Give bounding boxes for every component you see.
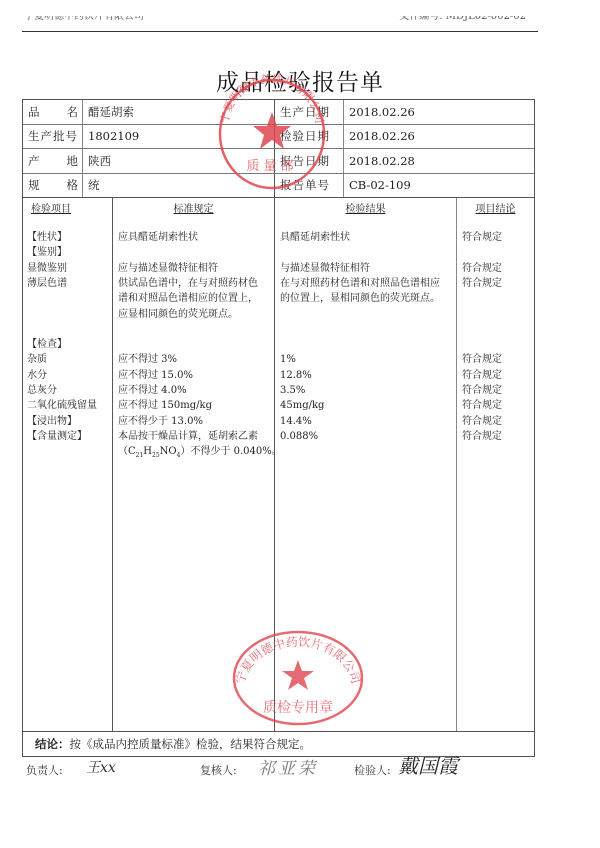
result-text: 0.088% [280,431,318,443]
standard-text: 谱和对照品色谱相应的位置上， [118,293,258,305]
standard-text: 应显相同颜色的荧光斑点。 [118,309,238,321]
batch-number: 1802109 [83,125,274,149]
header-rule [22,31,538,32]
item-label: 水分 [27,370,47,382]
origin: 陕西 [83,149,274,173]
batch-label: 生产批号 [23,125,83,149]
report-no-label: 报告单号 [274,174,344,198]
inspection-date-label: 检验日期 [274,125,344,149]
info-row: 品名 醋延胡索 生产日期 2018.02.26 [23,100,534,125]
item-label: 杂质 [27,354,47,366]
standard-text: 应具醋延胡索性状 [118,232,198,244]
result-text: 与描述显微特征相符 [280,263,370,275]
standard-text: 应不得过 150mg/kg [118,400,212,412]
production-date: 2018.02.26 [344,100,534,124]
info-row: 产地 陕西 报告日期 2018.02.28 [23,149,534,174]
column-standard: 标准规定 应具醋延胡索性状应与描述显微特征相符供试品色谱中，在与对照药材色谱和对… [112,198,274,731]
item-label: 【浸出物】 [27,416,77,428]
report-date-label: 报告日期 [274,149,344,173]
item-label: 【检查】 [27,339,67,351]
result-text: 在与对照药材色谱和对照品色谱相应 [280,278,440,290]
report-table: 品名 醋延胡索 生产日期 2018.02.26 生产批号 1802109 检验日… [22,99,535,757]
reviewer-label: 复核人: [200,762,237,778]
column-header-item: 检验项目 [23,200,120,215]
product-name-label: 品名 [23,100,83,124]
page-title: 成品检验报告单 [0,64,600,97]
responsible-label: 负责人: [26,762,63,778]
header-company: 宁夏明德中药饮片有限公司 [24,16,144,23]
standard-text: 应不得过 3% [118,354,177,366]
item-label: 显微鉴别 [27,263,67,275]
column-conclusion: 项目结论 符合规定符合规定符合规定符合规定符合规定符合规定符合规定符合规定符合规… [456,198,534,731]
column-header-result: 检验结果 [275,200,456,215]
report-date: 2018.02.28 [344,149,534,173]
conclusion-text: 符合规定 [462,232,502,244]
conclusion-text: 符合规定 [462,354,502,366]
result-text: 3.5% [280,385,305,397]
product-name: 醋延胡索 [83,100,274,124]
inspection-details: 检验项目 【性状】【鉴别】显微鉴别薄层色谱【检查】杂质水分总灰分二氧化硫残留量【… [23,198,534,732]
info-row: 生产批号 1802109 检验日期 2018.02.26 [23,125,534,150]
responsible-signature: 王xx [86,757,116,777]
standard-text: 应不得过 4.0% [118,385,187,397]
spec-label: 规格 [23,174,83,198]
reviewer-signature: 祁亚荣 [258,754,318,779]
result-text: 14.4% [280,416,312,428]
item-label: 总灰分 [27,385,57,397]
item-label: 二氧化硫残留量 [27,400,97,412]
result-text: 的位置上，显相同颜色的荧光斑点。 [280,293,440,305]
standard-text: 应不得过 15.0% [118,370,193,382]
result-text: 45mg/kg [280,400,324,412]
standard-text: 应不得少于 13.0% [118,416,203,428]
header-doc-number: 文件编号: MDJL02-002-02 [399,16,526,23]
column-result: 检验结果 具醋延胡索性状与描述显微特征相符在与对照药材色谱和对照品色谱相应的位置… [274,198,456,731]
column-item: 检验项目 【性状】【鉴别】显微鉴别薄层色谱【检查】杂质水分总灰分二氧化硫残留量【… [23,198,112,731]
column-header-conclusion: 项目结论 [457,200,534,215]
item-label: 【性状】 [27,232,67,244]
item-label: 【鉴别】 [27,247,67,259]
standard-text: （C21H25NO4）不得少于 0.040%。 [118,446,282,462]
result-text: 12.8% [280,370,312,382]
inspector-signature: 戴国霞 [398,750,458,779]
conclusion-text: 符合规定 [462,400,502,412]
result-text: 1% [280,354,296,366]
column-header-standard: 标准规定 [113,200,274,215]
inspector-label: 检验人: [354,762,391,778]
standard-text: 应与描述显微特征相符 [118,263,218,275]
info-row: 规格 统 报告单号 CB-02-109 [23,174,534,199]
item-label: 【含量测定】 [27,431,87,443]
conclusion-text: 符合规定 [462,278,502,290]
inspection-date: 2018.02.26 [344,125,534,149]
conclusion-text: 符合规定 [462,263,502,275]
conclusion-label: 结论： [35,736,70,752]
conclusion-text: 符合规定 [462,431,502,443]
report-no: CB-02-109 [344,174,534,198]
conclusion-text: 符合规定 [462,370,502,382]
production-date-label: 生产日期 [274,100,344,124]
spec: 统 [83,174,274,198]
item-label: 薄层色谱 [27,278,67,290]
conclusion-text: 符合规定 [462,385,502,397]
result-text: 具醋延胡索性状 [280,232,350,244]
standard-text: 本品按干燥品计算，延胡索乙素 [118,431,258,443]
conclusion-text: 符合规定 [462,416,502,428]
origin-label: 产地 [23,149,83,173]
conclusion-text: 按《成品内控质量标准》检验，结果符合规定。 [70,736,312,752]
standard-text: 供试品色谱中，在与对照药材色 [118,278,258,290]
